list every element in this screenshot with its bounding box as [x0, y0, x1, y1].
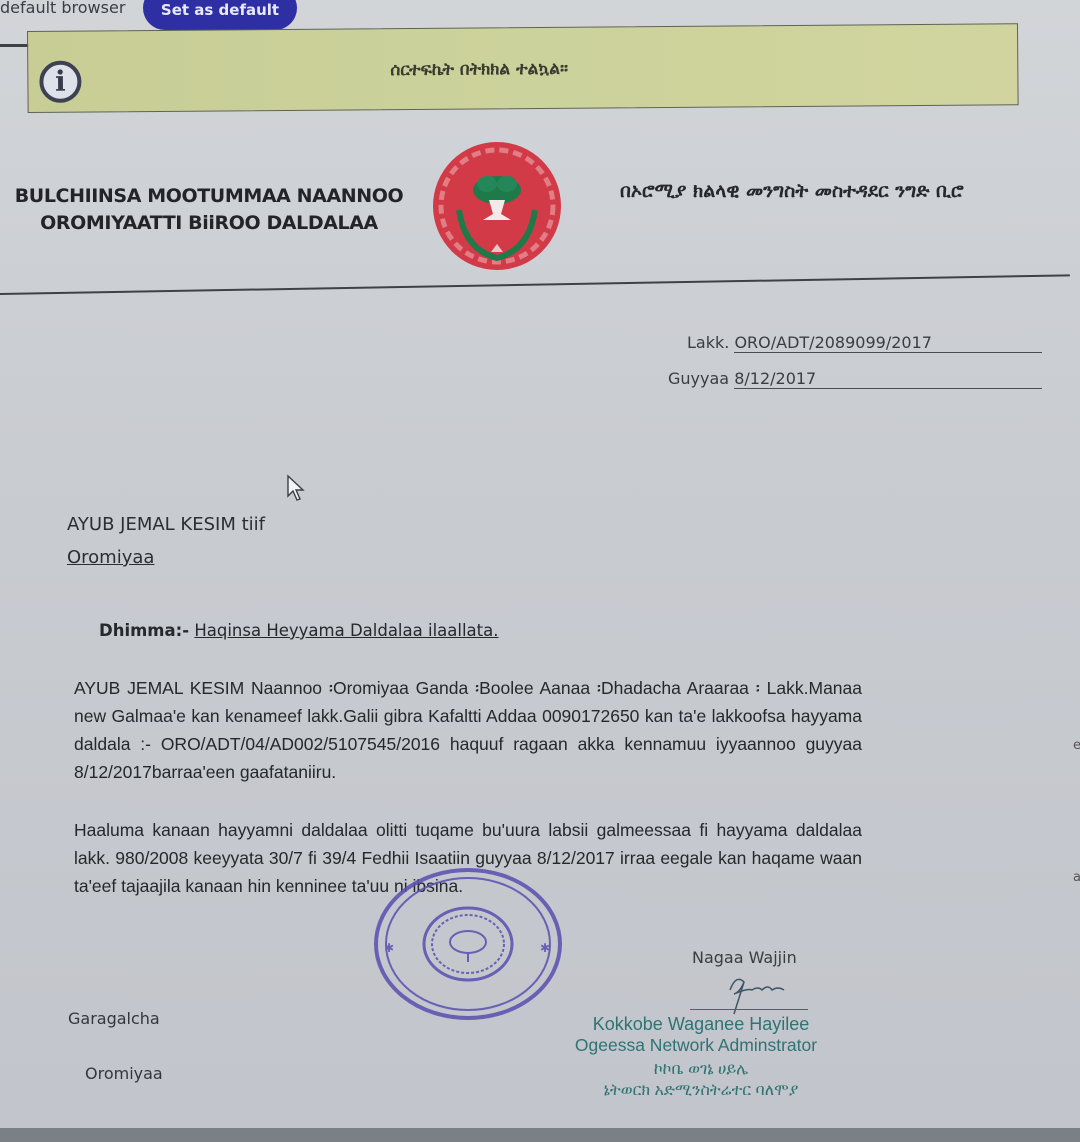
subject-label: Dhimma:- — [99, 621, 189, 640]
edge-text-fragment: e — [1073, 738, 1080, 753]
info-icon: i — [39, 61, 81, 103]
org-name-oromo: BULCHIINSA MOOTUMMAA NAANNOO OROMIYAATTI… — [4, 183, 414, 237]
subject-text: Haqinsa Heyyama Daldalaa ilaallata. — [194, 621, 498, 640]
signatory-name-amharic: ኮኮቤ ወገኔ ሀይሌ — [556, 1059, 846, 1080]
subject-line: Dhimma:- Haqinsa Heyyama Daldalaa ilaall… — [99, 621, 498, 640]
letterhead-divider — [0, 274, 1070, 295]
signature-line — [690, 1009, 808, 1010]
signatory-name: Kokkobe Waganee Hayilee — [556, 1014, 846, 1035]
reference-number-value: ORO/ADT/2089099/2017 — [734, 333, 1042, 353]
info-message: ሰርተፍኬት በትክክል ተልኳል። — [390, 59, 568, 80]
reference-number-label: Lakk. — [687, 333, 729, 352]
document-viewer-page: default browser Set as default i ሰርተፍኬት … — [0, 0, 1080, 1130]
signatory-title: Ogeessa Network Adminstrator — [546, 1035, 846, 1056]
default-browser-prompt: default browser — [0, 0, 125, 17]
official-stamp-icon: ✱ ✱ — [368, 862, 568, 1022]
set-as-default-button[interactable]: Set as default — [143, 0, 297, 30]
signature-icon — [700, 968, 820, 1018]
org-name-amharic: በኦሮሚያ ክልላዊ መንግስት መስተዳደር ንግድ ቢሮ — [620, 180, 964, 202]
svg-text:✱: ✱ — [540, 941, 550, 955]
info-notification-bar: i ሰርተፍኬት በትክክል ተልኳል። — [27, 23, 1019, 113]
reference-number: Lakk. ORO/ADT/2089099/2017 — [687, 333, 1042, 353]
svg-text:✱: ✱ — [384, 941, 394, 955]
carbon-copy-item: Oromiyaa — [85, 1064, 163, 1083]
reference-date-label: Guyyaa — [668, 369, 729, 388]
signatory-title-amharic: ኔትወርክ አድሚንስትሬተር ባለሞያ — [556, 1080, 846, 1101]
org-name-line1: BULCHIINSA MOOTUMMAA NAANNOO — [4, 183, 414, 210]
body-paragraph-1: AYUB JEMAL KESIM Naannoo ፡Oromiyaa Ganda… — [74, 674, 862, 786]
org-name-line2: OROMIYAATTI BiiROO DALDALAA — [4, 210, 414, 237]
window-bottom-edge — [0, 1128, 1080, 1142]
reference-date-value: 8/12/2017 — [734, 369, 1042, 389]
edge-text-fragment: a — [1073, 870, 1080, 885]
signatory-stamp: Kokkobe Waganee Hayilee Ogeessa Network … — [556, 1014, 846, 1101]
oromia-emblem-icon — [431, 140, 563, 272]
addressee-region: Oromiyaa — [67, 547, 154, 568]
reference-date: Guyyaa 8/12/2017 — [668, 369, 1042, 389]
carbon-copy-label: Garagalcha — [68, 1009, 160, 1028]
addressee-name: AYUB JEMAL KESIM tiif — [67, 514, 265, 535]
mouse-cursor-icon — [286, 474, 308, 502]
closing-salutation: Nagaa Wajjin — [692, 948, 797, 967]
